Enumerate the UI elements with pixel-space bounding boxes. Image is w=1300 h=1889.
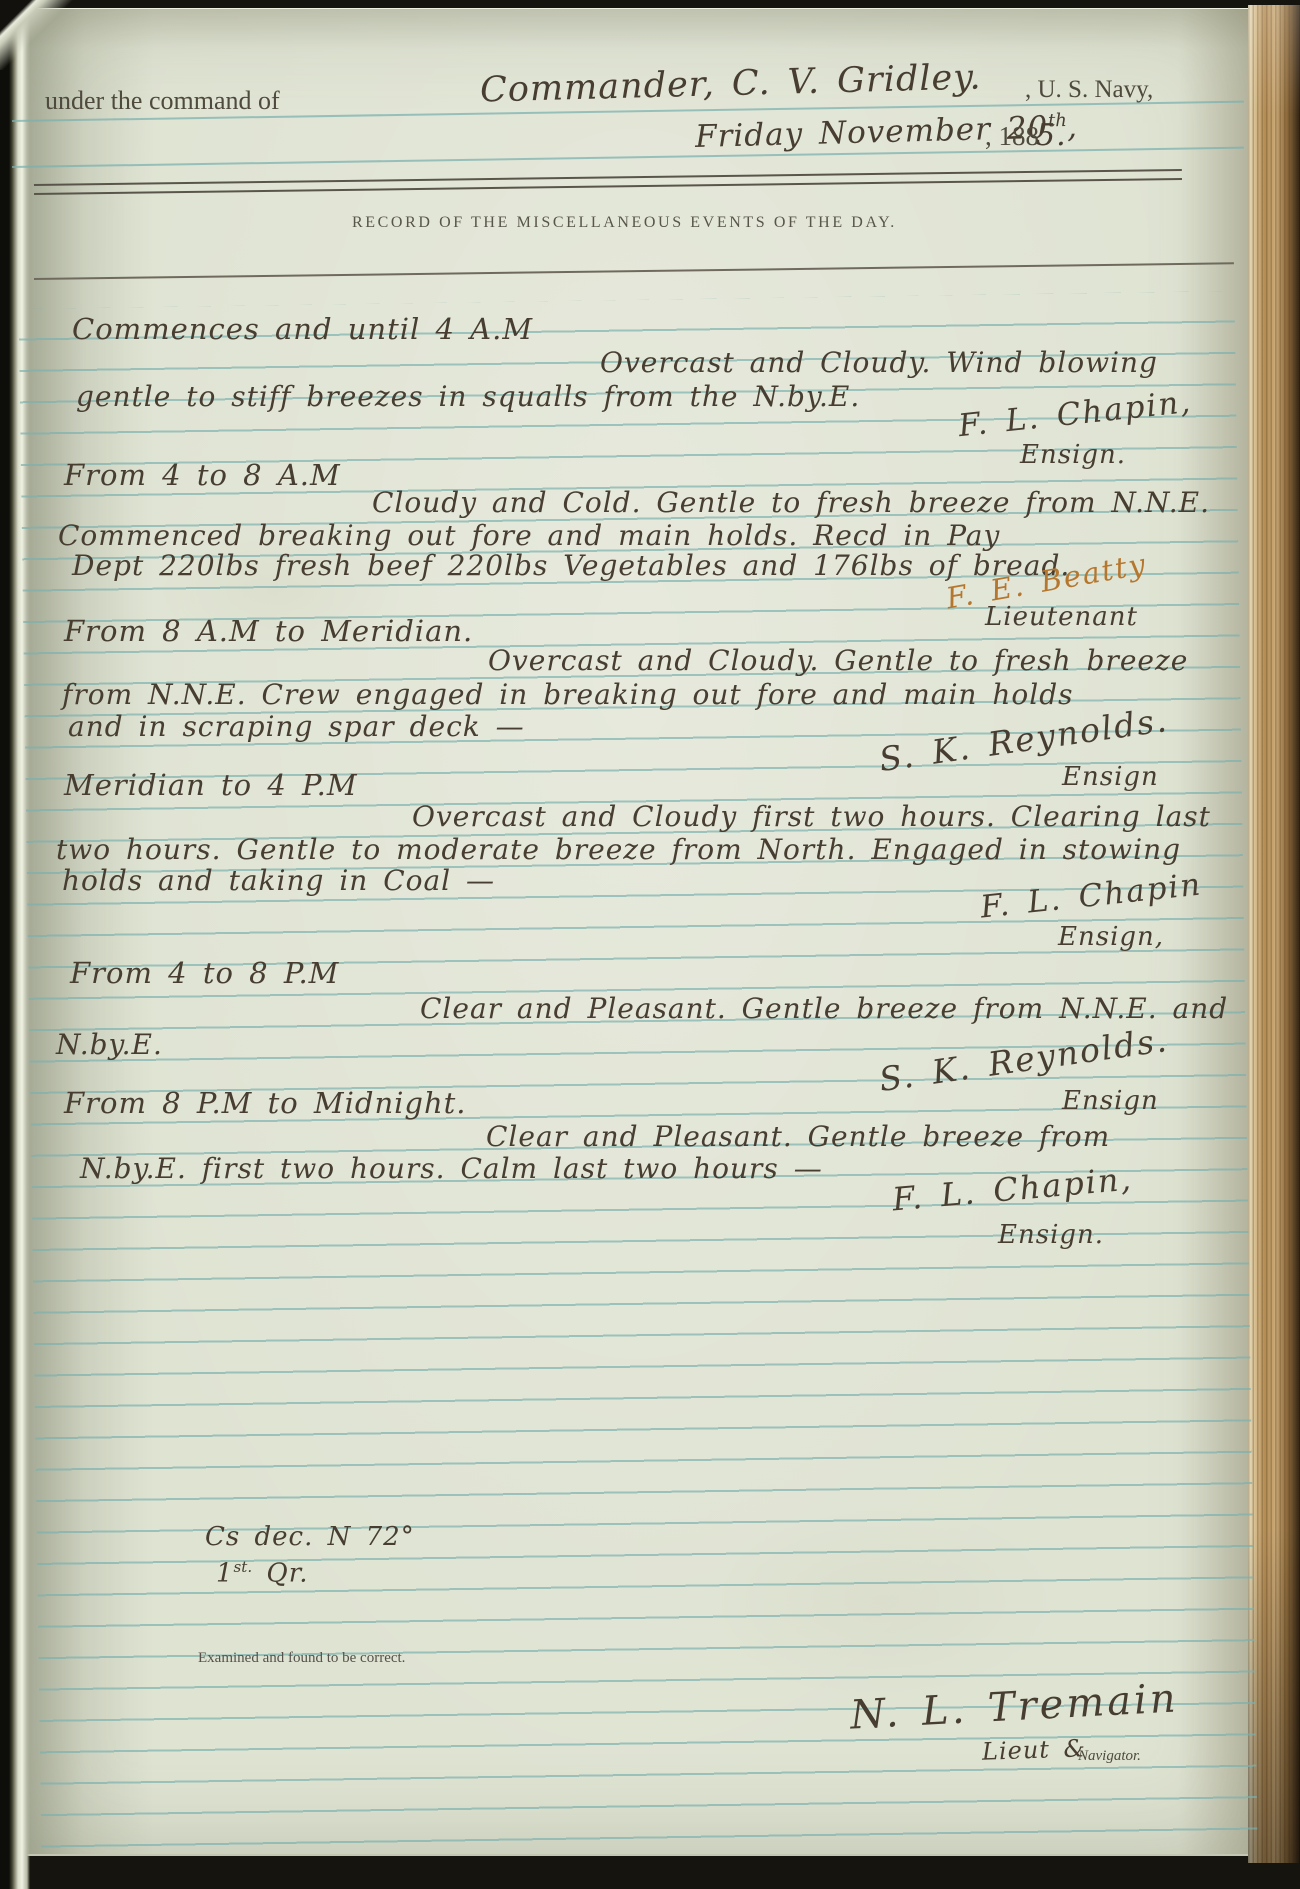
entry-2-heading: From 4 to 8 A.M [64, 458, 341, 492]
entry-1-line-1: Overcast and Cloudy. Wind blowing [600, 346, 1158, 379]
entry-4-heading: Meridian to 4 P.M [64, 768, 358, 802]
entry-3-rank: Ensign [1062, 762, 1159, 792]
entry-3-heading: From 8 A.M to Meridian. [64, 614, 473, 648]
navigator-rank-handwritten: Lieut & [982, 1734, 1087, 1766]
entry-4-line-3: holds and taking in Coal — [62, 864, 495, 897]
book-spine-edge [0, 0, 30, 1889]
page-corner-shadow [0, 0, 120, 70]
entry-1-line-2: gentle to stiff breezes in squalls from … [76, 380, 860, 413]
year-group: , 1885. [985, 118, 1067, 153]
entry-6-rank: Ensign. [998, 1220, 1104, 1250]
entry-2-line-3: Dept 220lbs fresh beef 220lbs Vegetables… [72, 549, 1070, 582]
entry-4-line-1: Overcast and Cloudy first two hours. Cle… [412, 800, 1211, 833]
entry-6-line-2: N.by.E. first two hours. Calm last two h… [80, 1152, 823, 1185]
entry-1-heading: Commences and until 4 A.M [72, 312, 533, 346]
entry-5-rank: Ensign [1062, 1086, 1159, 1116]
entry-4-line-2: two hours. Gentle to moderate breeze fro… [56, 833, 1181, 866]
note-quarter: 1st. Qr. [216, 1558, 309, 1589]
entry-5-line-1: Clear and Pleasant. Gentle breeze from N… [420, 992, 1228, 1025]
entry-2-line-2: Commenced breaking out fore and main hol… [58, 519, 1000, 552]
entry-5-line-2: N.by.E. [56, 1028, 163, 1061]
note-quarter-rest: Qr. [252, 1559, 308, 1589]
entry-6-line-1: Clear and Pleasant. Gentle breeze from [486, 1120, 1110, 1153]
entry-6-heading: From 8 P.M to Midnight. [64, 1086, 467, 1120]
section-title: RECORD OF THE MISCELLANEOUS EVENTS OF TH… [352, 214, 897, 232]
note-declination: Cs dec. N 72° [205, 1522, 415, 1552]
page-stack-edge [1248, 5, 1300, 1863]
date-comma: , [1067, 109, 1079, 145]
entry-1-rank: Ensign. [1020, 440, 1126, 470]
entry-4-rank: Ensign, [1058, 922, 1164, 952]
examined-label: Examined and found to be correct. [198, 1650, 405, 1667]
year-printed: , 188 [985, 121, 1039, 151]
navy-suffix-label: , U. S. Navy, [1025, 76, 1153, 104]
entry-2-rank: Lieutenant [985, 602, 1138, 632]
entry-3-line-2: from N.N.E. Crew engaged in breaking out… [62, 678, 1073, 711]
note-quarter-sup: st. [234, 1558, 253, 1576]
year-script-digit: 5. [1036, 118, 1067, 153]
navigator-printed-label: Navigator. [1078, 1748, 1141, 1765]
under-command-label: under the command of [45, 86, 280, 116]
entry-3-line-1: Overcast and Cloudy. Gentle to fresh bre… [488, 644, 1188, 677]
logbook-page-photo: under the command of Commander, C. V. Gr… [0, 0, 1300, 1889]
note-quarter-num: 1 [216, 1559, 234, 1589]
entry-5-heading: From 4 to 8 P.M [70, 956, 339, 990]
entry-2-line-1: Cloudy and Cold. Gentle to fresh breeze … [372, 486, 1210, 519]
entry-3-line-3: and in scraping spar deck — [68, 710, 525, 743]
